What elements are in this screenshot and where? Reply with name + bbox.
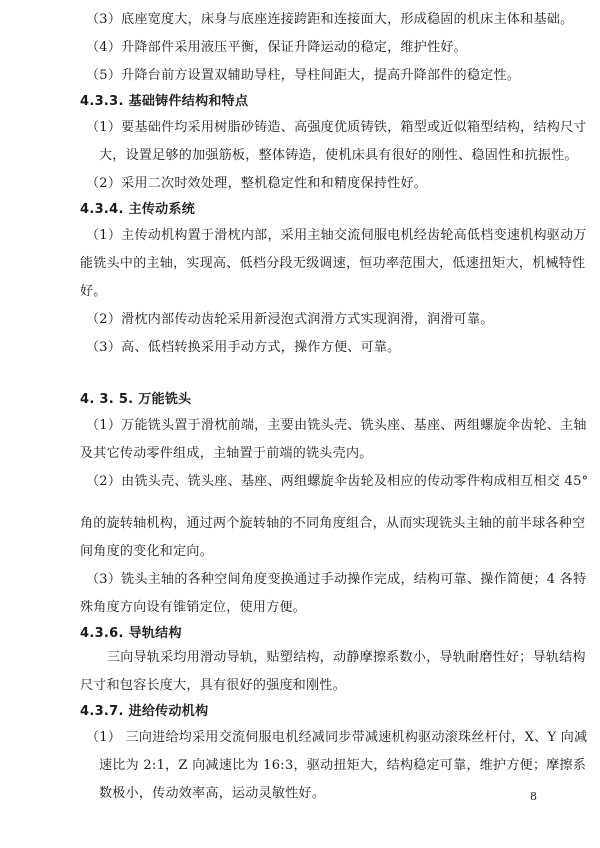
document-page: （3）底座宽度大，床身与底座连接跨距和连接面大，形成稳固的机床主体和基础。 （4… <box>0 0 600 848</box>
paragraph-line: 数极小，传动效率高，运动灵敏性好。 <box>99 786 325 802</box>
paragraph-line: （2）由铣头壳、铣头座、基座、两组螺旋伞齿轮及相应的传动零件构成相互相交 45° <box>86 474 588 490</box>
paragraph-line: （3）铣头主轴的各种空间角度变换通过手动操作完成，结构可靠、操作简便；4 各特 <box>86 572 586 588</box>
paragraph-line: （5）升降台前方设置双辅助导柱，导柱间距大，提高升降部件的稳定性。 <box>86 68 520 84</box>
paragraph-line: （2）采用二次时效处理，整机稳定性和和精度保持性好。 <box>86 176 427 192</box>
section-heading-4-3-7: 4.3.7. 进给传动机构 <box>80 704 208 720</box>
paragraph-line: 及其它传动零件组成，主轴置于前端的铣头壳内。 <box>80 446 373 462</box>
paragraph-line: 角的旋转轴机构，通过两个旋转轴的不同角度组合，从而实现铣头主轴的前半球各种空 <box>80 516 585 532</box>
paragraph-line: （2）滑枕内部传动齿轮采用新浸泡式润滑方式实现润滑，润滑可靠。 <box>86 312 494 328</box>
paragraph-line: （1）要基础件均采用树脂砂铸造、高强度优质铸铁，箱型或近似箱型结构，结构尺寸 <box>86 120 587 136</box>
section-heading-4-3-5: 4. 3. 5. 万能铣头 <box>80 392 191 408</box>
section-heading-4-3-3: 4.3.3. 基础铸件结构和特点 <box>80 94 248 110</box>
paragraph-line: 尺寸和包容长度大，具有很好的强度和刚性。 <box>80 678 346 694</box>
section-heading-4-3-6: 4.3.6. 导轨结构 <box>80 626 182 642</box>
paragraph-line: 好。 <box>80 284 107 300</box>
paragraph-line: （3）高、低档转换采用手动方式，操作方便、可靠。 <box>86 340 400 356</box>
paragraph-line: 大，设置足够的加强筋板，整体铸造，使机床具有很好的刚性、稳固性和抗振性。 <box>99 148 578 164</box>
section-heading-4-3-4: 4.3.4. 主传动系统 <box>80 202 195 218</box>
paragraph-line: （3）底座宽度大，床身与底座连接跨距和连接面大，形成稳固的机床主体和基础。 <box>86 12 573 28</box>
paragraph-line: （1） 三向进给均采用交流伺服电机经减同步带减速机构驱动滚珠丝杆付，X、Y 向减 <box>86 730 587 746</box>
paragraph-line: （4）升降部件采用液压平衡，保证升降运动的稳定，维护性好。 <box>86 40 467 56</box>
paragraph-line: （1）主传动机构置于滑枕内部，采用主轴交流伺服电机经齿轮高低档变速机构驱动万 <box>86 228 587 244</box>
page-number: 8 <box>530 790 537 803</box>
paragraph-line: 殊角度方向设有锥销定位，使用方便。 <box>80 600 306 616</box>
paragraph-line: 间角度的变化和定向。 <box>80 544 213 560</box>
paragraph-line: （1）万能铣头置于滑枕前端，主要由铣头壳、铣头座、基座、两组螺旋伞齿轮、主轴 <box>86 418 587 434</box>
paragraph-line: 能铣头中的主轴，实现高、低档分段无级调速，恒功率范围大，低速扭矩大，机械特性 <box>80 256 585 272</box>
paragraph-line: 速比为 2:1，Z 向减速比为 16:3，驱动扭矩大，结构稳定可靠，维护方便；摩… <box>99 758 586 774</box>
paragraph-line: 三向导轨采均用滑动导轨，贴塑结构，动静摩擦系数小，导轨耐磨性好；导轨结构 <box>107 650 586 666</box>
